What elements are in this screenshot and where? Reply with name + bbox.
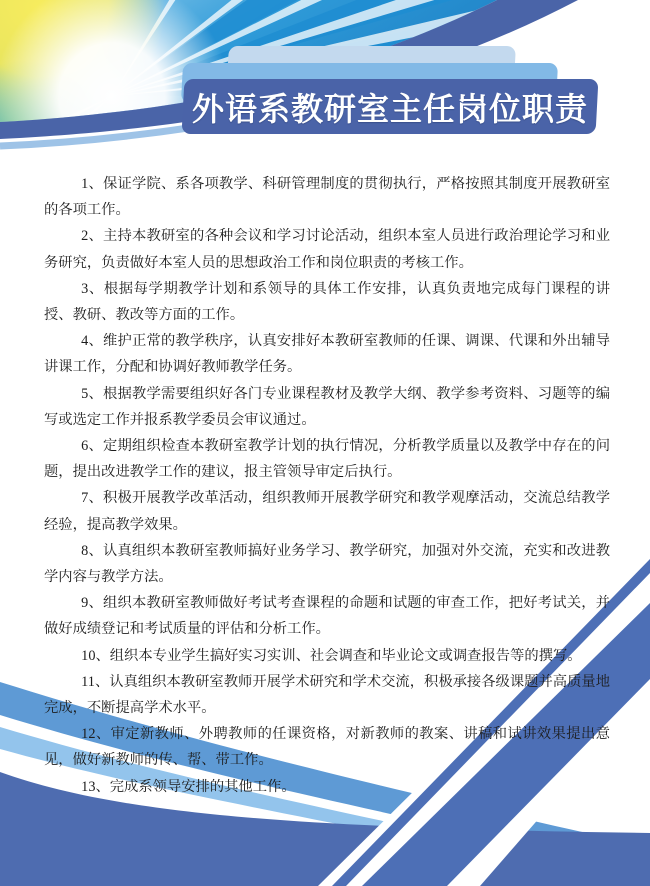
duties-list: 1、保证学院、系各项教学、科研管理制度的贯彻执行，严格按照其制度开展教研室的各项… [44, 171, 610, 800]
page-title: 外语系教研室主任岗位职责 [183, 79, 597, 134]
duty-item: 1、保证学院、系各项教学、科研管理制度的贯彻执行，严格按照其制度开展教研室的各项… [44, 171, 610, 223]
duty-item: 6、定期组织检查本教研室教学计划的执行情况，分析教学质量以及教学中存在的问题，提… [44, 433, 610, 485]
duty-item: 11、认真组织本教研室教师开展学术研究和学术交流，积极承接各级课题并高质量地完成… [44, 669, 610, 721]
duty-item: 10、组织本专业学生搞好实习实训、社会调查和毕业论文或调查报告等的撰写。 [44, 643, 610, 669]
duty-item: 2、主持本教研室的各种会议和学习讨论活动，组织本室人员进行政治理论学习和业务研究… [44, 223, 610, 275]
duty-item: 3、根据每学期教学计划和系领导的具体工作安排，认真负责地完成每门课程的讲授、教研… [44, 276, 610, 328]
poster-root: 外语系教研室主任岗位职责 1、保证学院、系各项教学、科研管理制度的贯彻执行，严格… [0, 0, 650, 886]
duty-item: 7、积极开展教学改革活动，组织教师开展教学研究和教学观摩活动，交流总结教学经验，… [44, 485, 610, 537]
duty-item: 5、根据教学需要组织好各门专业课程教材及教学大纲、教学参考资料、习题等的编写或选… [44, 381, 610, 433]
duty-item: 9、组织本教研室教师做好考试考查课程的命题和试题的审查工作，把好考试关，并做好成… [44, 590, 610, 642]
duty-item: 12、审定新教师、外聘教师的任课资格，对新教师的教案、讲稿和试讲效果提出意见，做… [44, 721, 610, 773]
duty-item: 13、完成系领导安排的其他工作。 [44, 774, 610, 800]
duty-item: 8、认真组织本教研室教师搞好业务学习、教学研究，加强对外交流，充实和改进教学内容… [44, 538, 610, 590]
duty-item: 4、维护正常的教学秩序，认真安排好本教研室教师的任课、调课、代课和外出辅导讲课工… [44, 328, 610, 380]
